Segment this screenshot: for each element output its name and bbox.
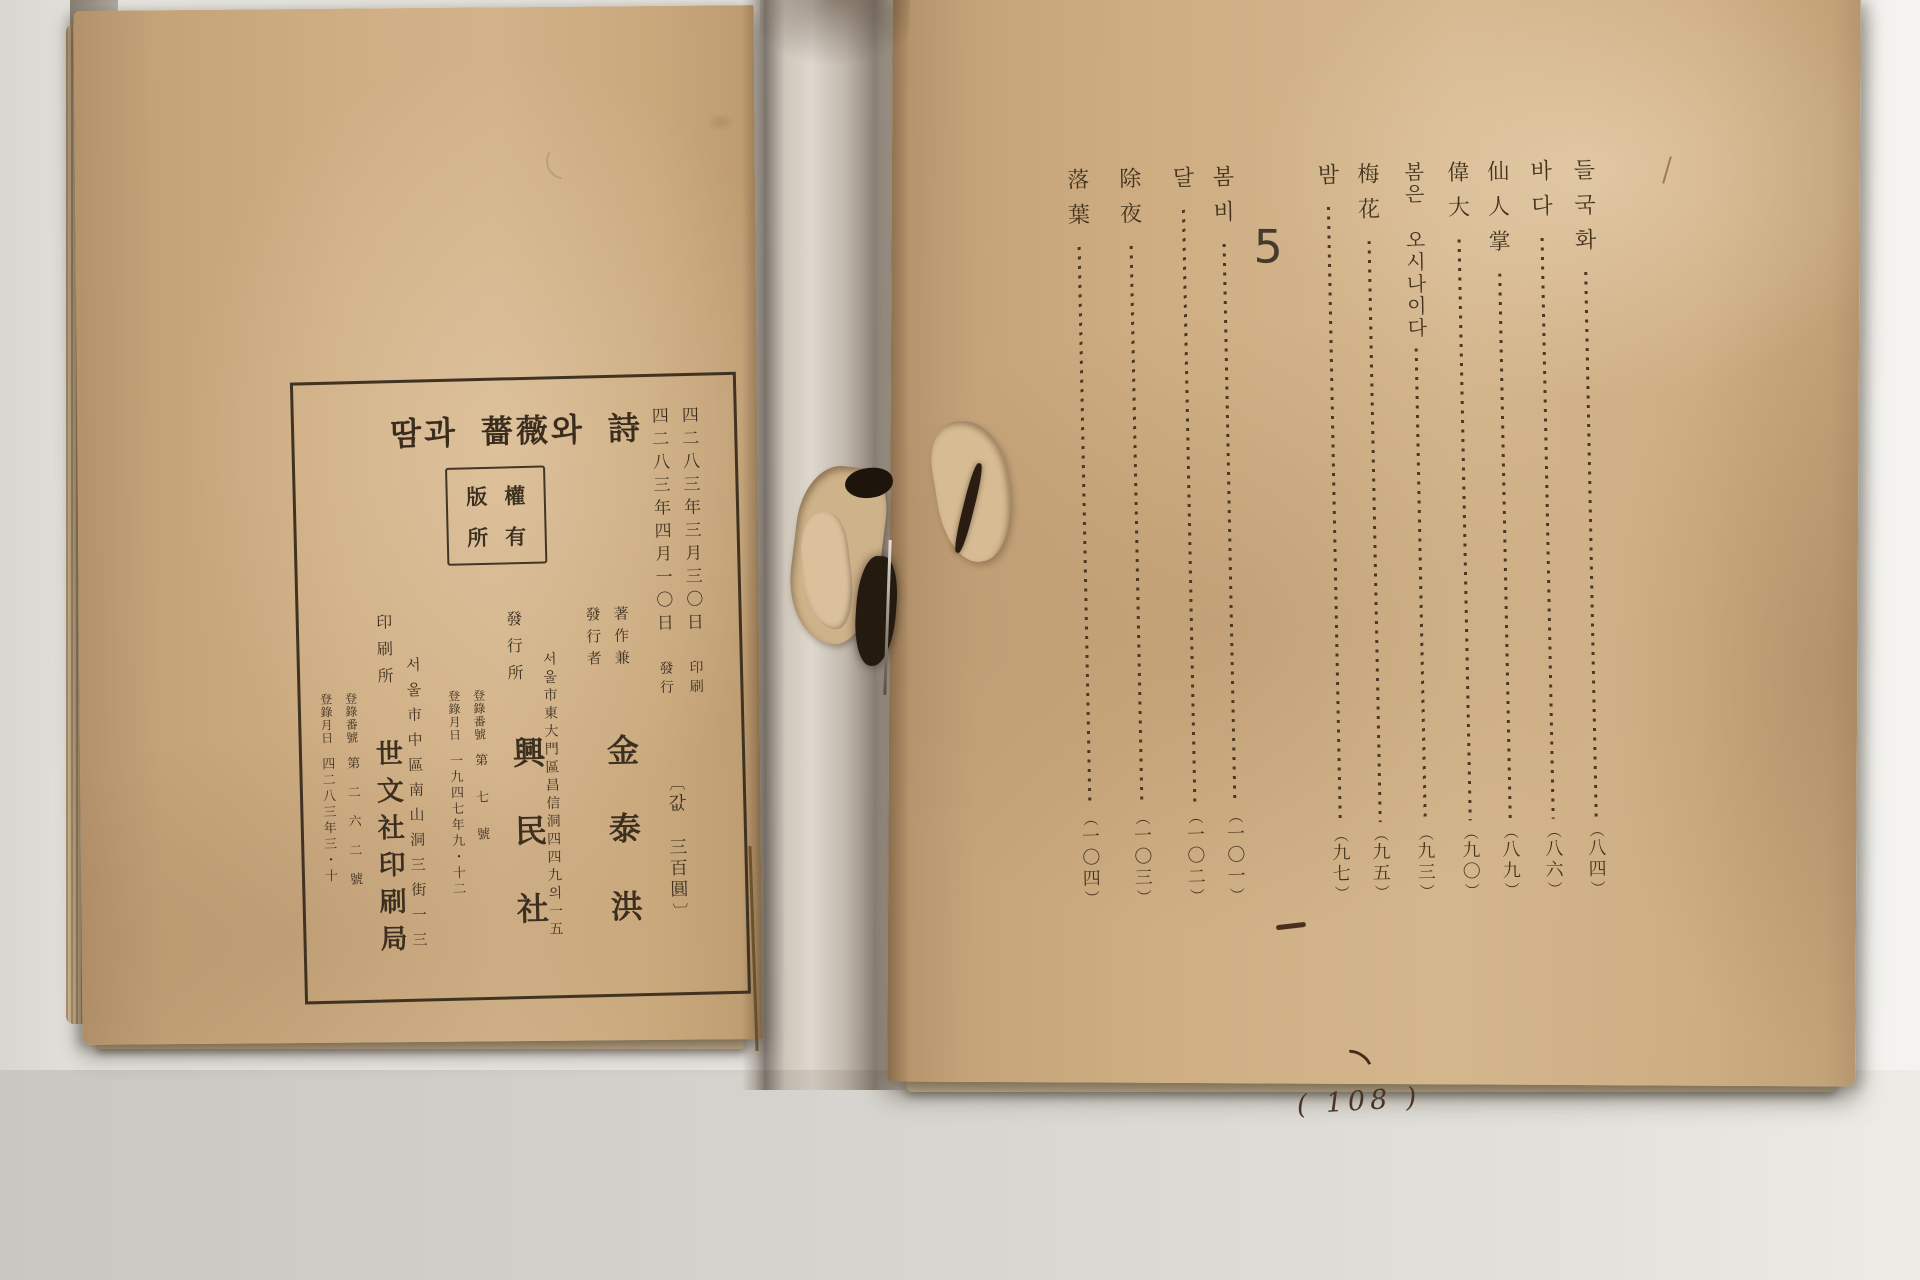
paren-open: （ — [1135, 810, 1147, 825]
toc: 들국화 （ 八四 ） 바다 （ 八六 ） 仙人掌 — [893, 0, 1882, 1099]
paren-close: ） — [1190, 888, 1202, 903]
reg-date-column: 登錄月日 四二八三年三・十 — [316, 693, 340, 902]
dotted-leader — [1584, 272, 1597, 818]
publisher-label: 發行所 — [501, 610, 526, 692]
colophon-box: 땀과 薔薇와 詩 版 權 所 有 四二八三年三月三〇日 印刷 四二八三年四月一〇… — [290, 372, 751, 1005]
dotted-leader — [1077, 247, 1091, 807]
dotted-leader — [1222, 244, 1236, 804]
paren-close: ） — [1335, 885, 1347, 900]
toc-title: 봄비 — [1207, 165, 1239, 236]
paren-open: （ — [1083, 811, 1095, 826]
paren-close: ） — [1137, 889, 1149, 904]
paren-open: （ — [1504, 824, 1516, 839]
reg-number-value: 第二六二號 — [343, 756, 366, 901]
printer-registration: 登錄番號 第二六二號 登錄月日 四二八三年三・十 — [316, 692, 365, 902]
paren-open: （ — [1228, 808, 1240, 823]
page-value: 八九 — [1497, 839, 1524, 881]
toc-page-number: （ 八六 ） — [1540, 825, 1567, 895]
paren-close: ） — [1548, 881, 1560, 896]
paren-close: ） — [1591, 880, 1603, 895]
table-surface — [0, 1070, 1920, 1280]
publish-label: 發行 — [654, 660, 675, 698]
dotted-leader — [1414, 348, 1426, 821]
handwritten-mark — [538, 121, 615, 189]
reg-number-label: 登錄番號 — [470, 689, 488, 741]
page-value: 八六 — [1540, 839, 1567, 881]
toc-title: 봄은 오시나이다 — [1398, 161, 1430, 340]
bracket-close: 〕 — [672, 903, 685, 919]
page-value: 九七 — [1327, 843, 1354, 885]
page-value: 一〇四 — [1077, 826, 1104, 889]
toc-title: 梅花 — [1352, 162, 1384, 233]
reg-number-column: 登錄番號 第七號 — [469, 689, 493, 897]
bracket-open: 〔 — [669, 775, 682, 791]
book-photo: 땀과 薔薇와 詩 版 權 所 有 四二八三年三月三〇日 印刷 四二八三年四月一〇… — [0, 0, 1920, 1280]
price-column: 〔 값 三百圓 〕 — [663, 776, 692, 918]
seal-char: 版 — [466, 480, 488, 511]
paren-open: （ — [1547, 823, 1559, 838]
toc-entry: 落葉 （ 一〇四 ） — [1055, 167, 1113, 904]
paren-close: ） — [1420, 884, 1432, 899]
printer-name: 世文社印刷局 — [368, 739, 412, 962]
page-value: 九五 — [1367, 842, 1394, 884]
page-value: 九三 — [1412, 841, 1439, 883]
publish-date-column: 四二八三年四月一〇日 發行 — [646, 406, 678, 699]
page-value: 一〇三 — [1129, 825, 1156, 888]
reg-number-label: 登錄番號 — [342, 692, 360, 744]
toc-page-number: （ 九三 ） — [1412, 827, 1439, 897]
copyright-seal-box: 版 權 所 有 — [445, 465, 547, 565]
toc-page-number: （ 八四 ） — [1583, 824, 1610, 894]
paren-open: （ — [1188, 809, 1200, 824]
dotted-leader — [1457, 239, 1471, 820]
toc-title: 들국화 — [1568, 158, 1601, 264]
toc-page-number: （ 一〇一 ） — [1221, 810, 1249, 901]
author-role-right: 著作兼 — [609, 605, 632, 671]
paren-open: （ — [1374, 826, 1386, 841]
toc-page-number: （ 八九 ） — [1497, 825, 1524, 895]
page-value: 一〇一 — [1222, 824, 1249, 887]
toc-page-number: （ 一〇二 ） — [1182, 810, 1210, 901]
dotted-leader — [1181, 210, 1195, 805]
reg-date-value: 四二八三年三・十 — [318, 757, 340, 885]
gutter-shadow — [760, 0, 910, 84]
print-date-column: 四二八三年三月三〇日 印刷 — [676, 406, 708, 699]
dotted-leader — [1498, 274, 1511, 820]
publisher-name: 興民社 — [504, 735, 556, 970]
reg-date-label: 登錄月日 — [317, 693, 335, 745]
toc-entry: 除夜 （ 一〇三 ） — [1107, 166, 1165, 903]
author-role-left: 發行者 — [581, 606, 604, 672]
toc-page-number: （ 九〇 ） — [1457, 826, 1484, 896]
paren-close: ） — [1465, 883, 1477, 898]
paren-close: ） — [1230, 887, 1242, 902]
paren-open: （ — [1334, 827, 1346, 842]
toc-title: 바다 — [1525, 159, 1557, 230]
seal-char: 有 — [505, 520, 527, 551]
author-name: 金泰洪 — [598, 733, 650, 968]
reg-date-value: 一九四七年九・十二 — [446, 753, 469, 897]
reg-number-column: 登錄番號 第二六二號 — [341, 692, 365, 901]
section-marker: 5 — [1253, 219, 1283, 273]
toc-title: 落葉 — [1062, 167, 1094, 238]
page-value: 八四 — [1583, 838, 1610, 880]
toc-page-number: （ 九七 ） — [1327, 829, 1354, 899]
author-role-columns: 著作兼 發行者 — [581, 605, 632, 672]
stain — [706, 113, 734, 131]
paren-open: （ — [1590, 822, 1602, 837]
reg-date-column: 登錄月日 一九四七年九・十二 — [444, 690, 468, 898]
dotted-leader — [1326, 207, 1341, 823]
reg-number-value: 第七號 — [471, 753, 493, 864]
seal-char: 權 — [504, 479, 526, 510]
toc-page-number: （ 一〇三 ） — [1129, 811, 1157, 902]
price: 값 三百圓 — [663, 793, 692, 901]
left-page: 땀과 薔薇와 詩 版 權 所 有 四二八三年三月三〇日 印刷 四二八三年四月一〇… — [74, 5, 763, 1045]
toc-title: 偉大 — [1442, 160, 1474, 231]
paren-close: ） — [1505, 882, 1517, 897]
right-page: 들국화 （ 八四 ） 바다 （ 八六 ） 仙人掌 — [887, 0, 1861, 1087]
dotted-leader — [1367, 241, 1381, 822]
paren-open: （ — [1464, 825, 1476, 840]
paren-close: ） — [1085, 890, 1097, 905]
paren-close: ） — [1375, 884, 1387, 899]
toc-title: 밤 — [1312, 163, 1344, 199]
publisher-registration: 登錄番號 第七號 登錄月日 一九四七年九・十二 — [444, 689, 493, 898]
print-date: 四二八三年三月三〇日 — [676, 406, 707, 637]
page-value: 一〇二 — [1182, 824, 1209, 887]
printer-label: 印刷所 — [371, 613, 396, 695]
paren-open: （ — [1419, 826, 1431, 841]
toc-page-number: （ 一〇四 ） — [1077, 812, 1105, 903]
toc-title: 仙人掌 — [1482, 159, 1515, 265]
toc-page-number: （ 九五 ） — [1367, 828, 1394, 898]
toc-title: 除夜 — [1114, 166, 1146, 237]
reg-date-label: 登錄月日 — [445, 690, 463, 742]
dotted-leader — [1540, 238, 1554, 819]
seal-char: 所 — [467, 521, 489, 552]
dotted-leader — [1129, 246, 1143, 806]
toc-title: 달 — [1167, 165, 1199, 201]
print-label: 印刷 — [684, 660, 705, 698]
page-value: 九〇 — [1457, 840, 1484, 882]
